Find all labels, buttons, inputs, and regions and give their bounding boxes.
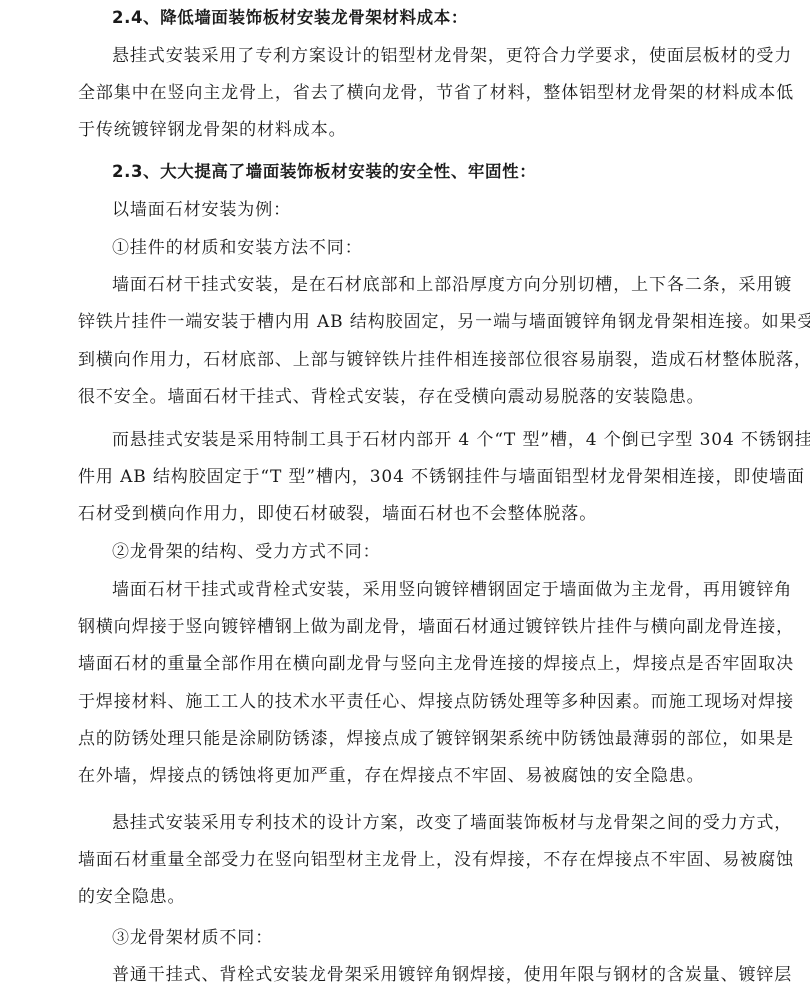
- text-line: 于焊接材料、施工工人的技术水平责任心、焊接点防锈处理等多种因素。而施工现场对焊接: [78, 691, 738, 713]
- text-line: 普通干挂式、背栓式安装龙骨架采用镀锌角钢焊接，使用年限与钢材的含炭量、镀锌层: [112, 964, 738, 986]
- text-line: 墙面石材的重量全部作用在横向副龙骨与竖向主龙骨连接的焊接点上，焊接点是否牢固取决: [78, 653, 738, 675]
- text-line: 很不安全。墙面石材干挂式、背栓式安装，存在受横向震动易脱落的安装隐患。: [78, 386, 738, 408]
- text-line: 锌铁片挂件一端安装于槽内用 AB 结构胶固定，另一端与墙面镀锌角钢龙骨架相连接。…: [78, 311, 738, 333]
- text-line: ③龙骨架材质不同：: [112, 927, 738, 949]
- text-line: 点的防锈处理只能是涂刷防锈漆，焊接点成了镀锌钢架系统中防锈蚀最薄弱的部位，如果是: [78, 728, 738, 750]
- text-line: 钢横向焊接于竖向镀锌槽钢上做为副龙骨，墙面石材通过镀锌铁片挂件与横向副龙骨连接，: [78, 616, 738, 638]
- text-line: 悬挂式安装采用了专利方案设计的铝型材龙骨架，更符合力学要求，使面层板材的受力: [112, 45, 738, 67]
- text-line: 石材受到横向作用力，即使石材破裂，墙面石材也不会整体脱落。: [78, 503, 738, 525]
- text-line: 悬挂式安装采用专利技术的设计方案，改变了墙面装饰板材与龙骨架之间的受力方式，: [112, 812, 738, 834]
- text-line: 到横向作用力，石材底部、上部与镀锌铁片挂件相连接部位很容易崩裂，造成石材整体脱落…: [78, 349, 738, 371]
- text-line: ①挂件的材质和安装方法不同：: [112, 237, 738, 259]
- text-line: 的安全隐患。: [78, 886, 738, 908]
- text-line: 以墙面石材安装为例：: [112, 199, 738, 221]
- section-heading: 2.3、大大提高了墙面装饰板材安装的安全性、牢固性：: [112, 161, 738, 183]
- section-heading: 2.4、降低墙面装饰板材安装龙骨架材料成本：: [112, 7, 738, 29]
- text-line: 墙面石材重量全部受力在竖向铝型材主龙骨上，没有焊接，不存在焊接点不牢固、易被腐蚀: [78, 849, 738, 871]
- text-line: 于传统镀锌钢龙骨架的材料成本。: [78, 119, 738, 141]
- text-line: 全部集中在竖向主龙骨上，省去了横向龙骨，节省了材料，整体铝型材龙骨架的材料成本低: [78, 82, 738, 104]
- text-line: 在外墙，焊接点的锈蚀将更加严重，存在焊接点不牢固、易被腐蚀的安全隐患。: [78, 765, 738, 787]
- text-line: 墙面石材干挂式或背栓式安装，采用竖向镀锌槽钢固定于墙面做为主龙骨，再用镀锌角: [112, 579, 738, 601]
- text-line: 件用 AB 结构胶固定于“T 型”槽内，304 不锈钢挂件与墙面铝型材龙骨架相连…: [78, 466, 738, 488]
- text-line: 而悬挂式安装是采用特制工具于石材内部开 4 个“T 型”槽，4 个倒已字型 30…: [112, 429, 738, 451]
- text-line: ②龙骨架的结构、受力方式不同：: [112, 541, 738, 563]
- text-line: 墙面石材干挂式安装，是在石材底部和上部沿厚度方向分别切槽，上下各二条，采用镀: [112, 274, 738, 296]
